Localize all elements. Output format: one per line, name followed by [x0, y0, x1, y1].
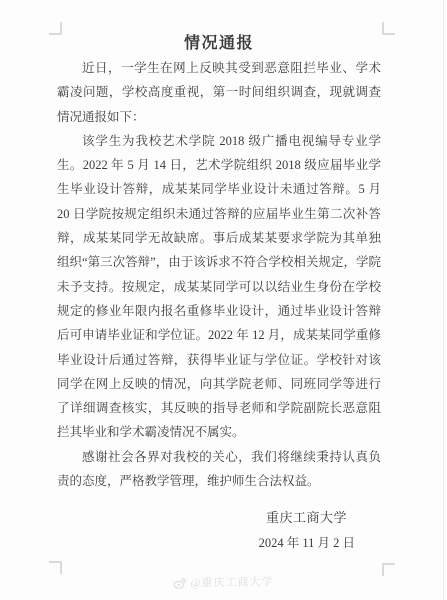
notice-paragraph-investigation: 该学生为我校艺术学院 2018 级广播电视编导专业学生。2022 年 5 月 1…: [57, 129, 381, 445]
page-right-edge: [443, 0, 444, 600]
notice-paragraph-intro: 近日，一学生在网上反映其受到恶意阻拦毕业、学术霸凌问题，学校高度重视，第一时间组…: [57, 56, 381, 129]
notice-body: 近日，一学生在网上反映其受到恶意阻拦毕业、学术霸凌问题，学校高度重视，第一时间组…: [57, 56, 381, 555]
notice-paragraph-closing: 感谢社会各界对我校的关心，我们将继续秉持认真负责的态度，严格教学管理，维护师生合…: [57, 445, 381, 494]
weibo-watermark: @重庆工商大学: [0, 570, 447, 594]
margin-mark-top-right-icon: [382, 22, 395, 35]
weibo-icon: [173, 576, 186, 589]
margin-mark-bottom-left-icon: [49, 561, 62, 574]
watermark-text: @重庆工商大学: [190, 573, 273, 590]
signature-date: 2024 年 11 月 2 日: [57, 531, 381, 555]
signature-university: 重庆工商大学: [57, 506, 381, 530]
document-page: 情况通报 近日，一学生在网上反映其受到恶意阻拦毕业、学术霸凌问题，学校高度重视，…: [0, 0, 447, 600]
notice-title: 情况通报: [57, 30, 381, 53]
